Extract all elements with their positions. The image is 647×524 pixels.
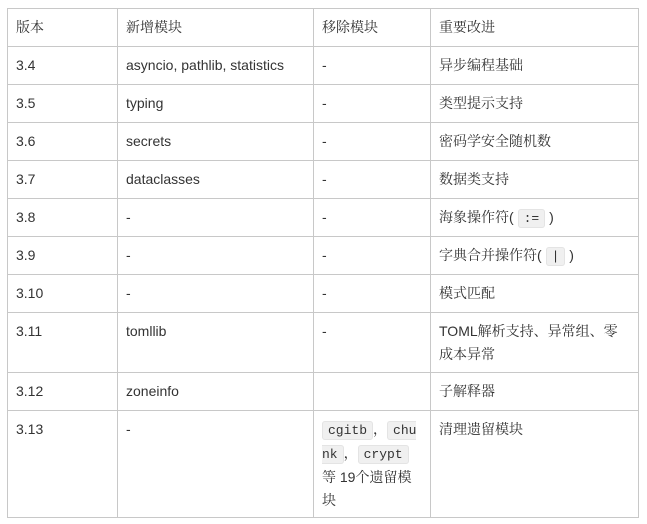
cell-improvement: 清理遗留模块 (431, 411, 639, 518)
improvement-text: 海象操作符( (439, 209, 514, 225)
header-improvement: 重要改进 (431, 9, 639, 47)
table-row: 3.8 - - 海象操作符( := ) (8, 199, 639, 237)
cell-added: tomllib (118, 313, 314, 373)
cell-added: - (118, 411, 314, 518)
cell-added: - (118, 275, 314, 313)
separator: ， (344, 445, 358, 461)
cell-version: 3.5 (8, 85, 118, 123)
cell-removed: - (314, 47, 431, 85)
walrus-operator-code: := (518, 209, 546, 228)
header-removed: 移除模块 (314, 9, 431, 47)
cell-version: 3.9 (8, 237, 118, 275)
table-row: 3.6 secrets - 密码学安全随机数 (8, 123, 639, 161)
cell-improvement: 海象操作符( := ) (431, 199, 639, 237)
cell-version: 3.11 (8, 313, 118, 373)
cell-improvement: TOML解析支持、异常组、零成本异常 (431, 313, 639, 373)
cell-removed: - (314, 123, 431, 161)
header-version: 版本 (8, 9, 118, 47)
cell-added: dataclasses (118, 161, 314, 199)
table-row: 3.10 - - 模式匹配 (8, 275, 639, 313)
removed-suffix: 等 19个遗留模块 (322, 469, 411, 508)
table-row: 3.5 typing - 类型提示支持 (8, 85, 639, 123)
cell-improvement: 数据类支持 (431, 161, 639, 199)
cell-removed: - (314, 275, 431, 313)
cell-version: 3.13 (8, 411, 118, 518)
cell-added: zoneinfo (118, 373, 314, 411)
table-row: 3.9 - - 字典合并操作符( | ) (8, 237, 639, 275)
header-added: 新增模块 (118, 9, 314, 47)
improvement-suffix: ) (549, 209, 554, 225)
cell-improvement: 子解释器 (431, 373, 639, 411)
dict-merge-operator-code: | (546, 247, 566, 266)
cell-improvement: 字典合并操作符( | ) (431, 237, 639, 275)
cell-removed: - (314, 237, 431, 275)
cell-removed: - (314, 161, 431, 199)
cell-improvement: 异步编程基础 (431, 47, 639, 85)
python-version-table: 版本 新增模块 移除模块 重要改进 3.4 asyncio, pathlib, … (7, 8, 639, 518)
table-row: 3.7 dataclasses - 数据类支持 (8, 161, 639, 199)
cell-version: 3.10 (8, 275, 118, 313)
improvement-suffix: ) (569, 247, 574, 263)
cell-improvement: 模式匹配 (431, 275, 639, 313)
cell-improvement: 密码学安全随机数 (431, 123, 639, 161)
table-row: 3.13 - cgitb，chunk，crypt等 19个遗留模块 清理遗留模块 (8, 411, 639, 518)
separator: ， (373, 421, 387, 437)
cell-added: secrets (118, 123, 314, 161)
cell-removed (314, 373, 431, 411)
cell-removed: cgitb，chunk，crypt等 19个遗留模块 (314, 411, 431, 518)
cell-improvement: 类型提示支持 (431, 85, 639, 123)
cell-version: 3.6 (8, 123, 118, 161)
removed-module-code: crypt (358, 445, 409, 464)
cell-added: - (118, 199, 314, 237)
cell-added: typing (118, 85, 314, 123)
table-row: 3.12 zoneinfo 子解释器 (8, 373, 639, 411)
cell-removed: - (314, 85, 431, 123)
cell-removed: - (314, 313, 431, 373)
improvement-text: 字典合并操作符( (439, 247, 542, 263)
cell-version: 3.8 (8, 199, 118, 237)
removed-module-code: cgitb (322, 421, 373, 440)
cell-added: - (118, 237, 314, 275)
cell-version: 3.7 (8, 161, 118, 199)
cell-added: asyncio, pathlib, statistics (118, 47, 314, 85)
cell-version: 3.4 (8, 47, 118, 85)
cell-version: 3.12 (8, 373, 118, 411)
cell-removed: - (314, 199, 431, 237)
table-row: 3.11 tomllib - TOML解析支持、异常组、零成本异常 (8, 313, 639, 373)
header-row: 版本 新增模块 移除模块 重要改进 (8, 9, 639, 47)
table-row: 3.4 asyncio, pathlib, statistics - 异步编程基… (8, 47, 639, 85)
